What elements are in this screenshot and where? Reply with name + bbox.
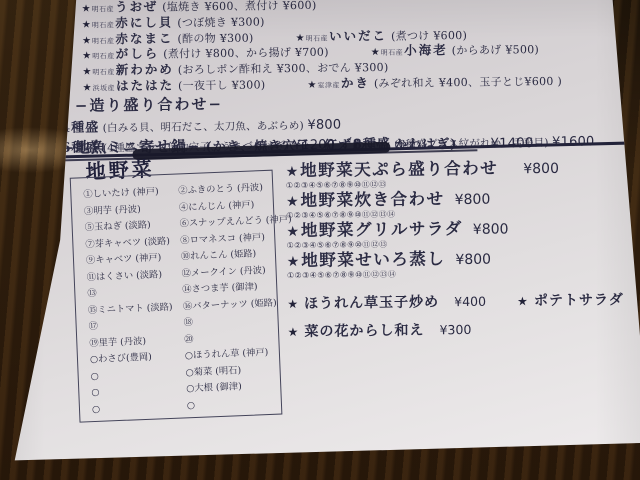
dish-name: 地野菜グリルサラダ (301, 219, 463, 240)
star-icon: ★ (286, 224, 299, 240)
menu-content: ★ 明石産 うおぜ (塩焼き ¥600、煮付け ¥600) ★ 明石産 赤にし貝… (0, 0, 640, 480)
extra-dish-row: ★ 菜の花からし和え ¥300 (287, 318, 639, 341)
vegetable-item: ○ (187, 393, 300, 414)
vegetable-grid: ①しいたけ (神戸) ②ふきのとう (丹波) ③明芋 (丹波) ④にんじん (神… (83, 180, 277, 418)
item-name: 小海老 (404, 41, 448, 60)
vegetable-dish: ★地野菜グリルサラダ ¥800 ①②③④⑤⑥⑦⑧⑨⑩⑪⑫⑬ (286, 217, 638, 250)
extra-dish: ★ 菜の花からし和え ¥300 (287, 319, 471, 340)
item-detail: (一夜干し ¥300) (178, 76, 266, 93)
star-icon: ★ (287, 297, 298, 311)
star-icon: ★ (288, 325, 299, 339)
item-origin: 室津産 (317, 80, 340, 90)
vegetable-box: ①しいたけ (神戸) ②ふきのとう (丹波) ③明芋 (丹波) ④にんじん (神… (70, 170, 283, 423)
item-name: はたはた (116, 76, 174, 95)
top-item-list: ★ 明石産 うおぜ (塩焼き ¥600、煮付け ¥600) ★ 明石産 赤にし貝… (82, 0, 563, 92)
item-detail: (からあげ ¥500) (452, 41, 540, 58)
menu-item: ★ 浜坂産 はたはた (一夜干し ¥300) (82, 74, 265, 94)
extra-dish: ★ ポテトサラダ ¥300 (517, 288, 640, 309)
star-icon: ★ (287, 254, 300, 270)
vegetable-dish-list: ★地野菜天ぷら盛り合わせ ¥800 ①②③④⑤⑥⑦⑧⑨⑩⑪⑫⑬ ★地野菜炊き合わ… (286, 157, 640, 350)
platter-price: ¥800 (307, 117, 341, 132)
dish-price: ¥800 (473, 221, 509, 237)
vegetable-dish: ★地野菜せいろ蒸し ¥800 ①②③④⑤⑥⑦⑧⑨⑩⑪⑫⑬⑭ (287, 247, 639, 280)
star-icon: ★ (517, 294, 528, 308)
dish-price: ¥300 (439, 322, 471, 337)
dish-price: ¥800 (455, 192, 491, 208)
vegetable-dish: ★地野菜炊き合わせ ¥800 ①②③④⑤⑥⑦⑧⑨⑩⑪⑫⑬⑭ (286, 187, 638, 220)
star-icon: ★ (286, 194, 299, 210)
dish-name: ポテトサラダ (534, 292, 624, 309)
menu-item: ★ 明石産 小海老 (からあげ ¥500) (371, 39, 540, 59)
dish-price: ¥800 (523, 161, 559, 177)
dish-name: 地野菜炊き合わせ (300, 189, 444, 210)
star-icon: ★ (286, 164, 299, 180)
dish-price: ¥800 (455, 252, 491, 268)
star-icon: ★ (307, 80, 316, 91)
extra-dish: ★ ほうれん草玉子炒め ¥400 (287, 291, 491, 312)
extra-dish-list: ★ ほうれん草玉子炒め ¥400 ★ ポテトサラダ ¥300 ★ 菜の花からし和… (287, 290, 640, 341)
dish-name: 菜の花からし和え (304, 322, 424, 339)
vegetable-dish: ★地野菜天ぷら盛り合わせ ¥800 ①②③④⑤⑥⑦⑧⑨⑩⑪⑫⑬ (286, 157, 638, 190)
item-origin: 浜坂産 (93, 83, 116, 93)
dish-name: 地野菜せいろ蒸し (301, 249, 445, 270)
item-name: かき (341, 73, 370, 91)
platter-note: (白みる貝、明石だこ、太刀魚、あぶらめ) (103, 120, 304, 134)
vegetable-item: ○ (92, 398, 186, 418)
extra-dish-row: ★ ほうれん草玉子炒め ¥400 ★ ポテトサラダ ¥300 (287, 290, 639, 313)
dish-name: 地野菜天ぷら盛り合わせ (300, 159, 498, 180)
star-icon: ★ (83, 83, 92, 94)
paper-menu-sheet: ★ 明石産 うおぜ (塩焼き ¥600、煮付け ¥600) ★ 明石産 赤にし貝… (0, 0, 640, 480)
dish-price: ¥400 (454, 294, 486, 309)
dish-name: ほうれん草玉子炒め (304, 294, 439, 312)
